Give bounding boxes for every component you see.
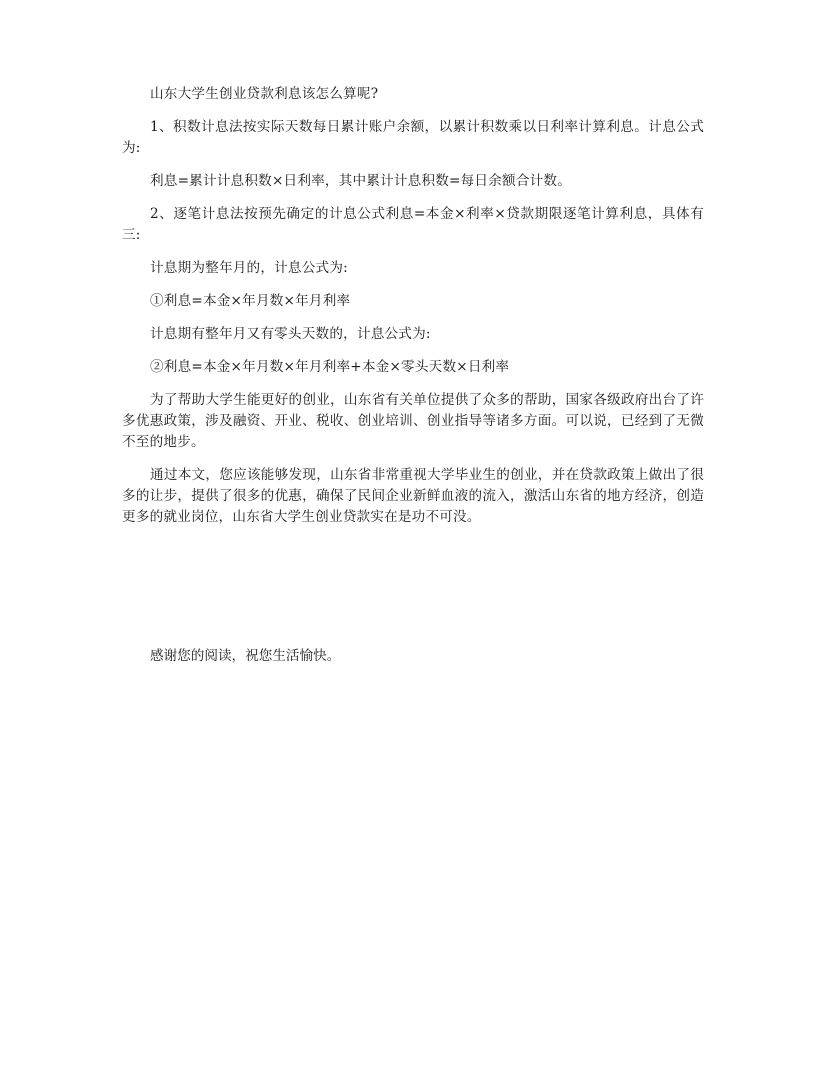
paragraph-formula-1: 利息=累计计息积数×日利率，其中累计计息积数=每日余额合计数。 [122, 171, 704, 192]
closing-line: 感谢您的阅读，祝您生活愉快。 [122, 646, 704, 667]
blank-space [122, 528, 704, 646]
paragraph-method-2: 2、逐笔计息法按预先确定的计息公式利息=本金×利率×贷款期限逐笔计算利息，具体有… [122, 204, 704, 246]
paragraph-policy-support: 为了帮助大学生能更好的创业，山东省有关单位提供了众多的帮助，国家各级政府出台了许… [122, 390, 704, 453]
paragraph-conclusion: 通过本文，您应该能够发现，山东省非常重视大学毕业生的创业，并在贷款政策上做出了很… [122, 465, 704, 528]
paragraph-formula-circled-1: ①利息=本金×年月数×年月利率 [122, 291, 704, 312]
document-title: 山东大学生创业贷款利息该怎么算呢? [122, 84, 704, 105]
paragraph-formula-circled-2: ②利息=本金×年月数×年月利率+本金×零头天数×日利率 [122, 357, 704, 378]
document-page: 山东大学生创业贷款利息该怎么算呢? 1、积数计息法按实际天数每日累计账户余额，以… [122, 84, 704, 667]
paragraph-case-whole-months: 计息期为整年月的，计息公式为: [122, 258, 704, 279]
paragraph-method-1: 1、积数计息法按实际天数每日累计账户余额，以累计积数乘以日利率计算利息。计息公式… [122, 117, 704, 159]
paragraph-case-extra-days: 计息期有整年月又有零头天数的，计息公式为: [122, 324, 704, 345]
